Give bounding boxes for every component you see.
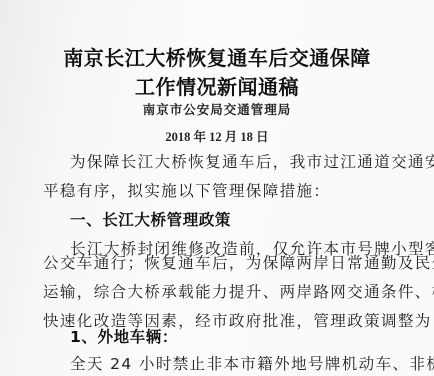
paragraph-line: 运输，综合大桥承载能力提升、两岸路网交通条件、桥北路 — [43, 280, 434, 302]
document-title-line-1: 南京长江大桥恢复通车后交通保障 — [0, 42, 434, 71]
section-heading: 一、长江大桥管理政策 — [70, 208, 231, 230]
document-title-line-2: 工作情况新闻通稿 — [0, 71, 434, 100]
paragraph-line: 公交车通行；恢复通车后，为保障两岸日常通勤及民生物资 — [43, 251, 434, 273]
paragraph-line: 全天 24 小时禁止非本市籍外地号牌机动车、非机动车 — [70, 352, 434, 374]
subsection-heading: 1、外地车辆： — [70, 325, 178, 347]
paragraph-line: 为保障长江大桥恢复通车后，我市过江通道交通安全、 — [70, 150, 434, 172]
paragraph-line: 平稳有序，拟实施以下管理保障措施： — [43, 179, 330, 201]
document-page: 南京长江大桥恢复通车后交通保障 工作情况新闻通稿 南京市公安局交通管理局 201… — [0, 0, 434, 376]
document-date: 2018 年 12 月 18 日 — [0, 127, 434, 145]
issuing-organization: 南京市公安局交通管理局 — [0, 100, 434, 118]
